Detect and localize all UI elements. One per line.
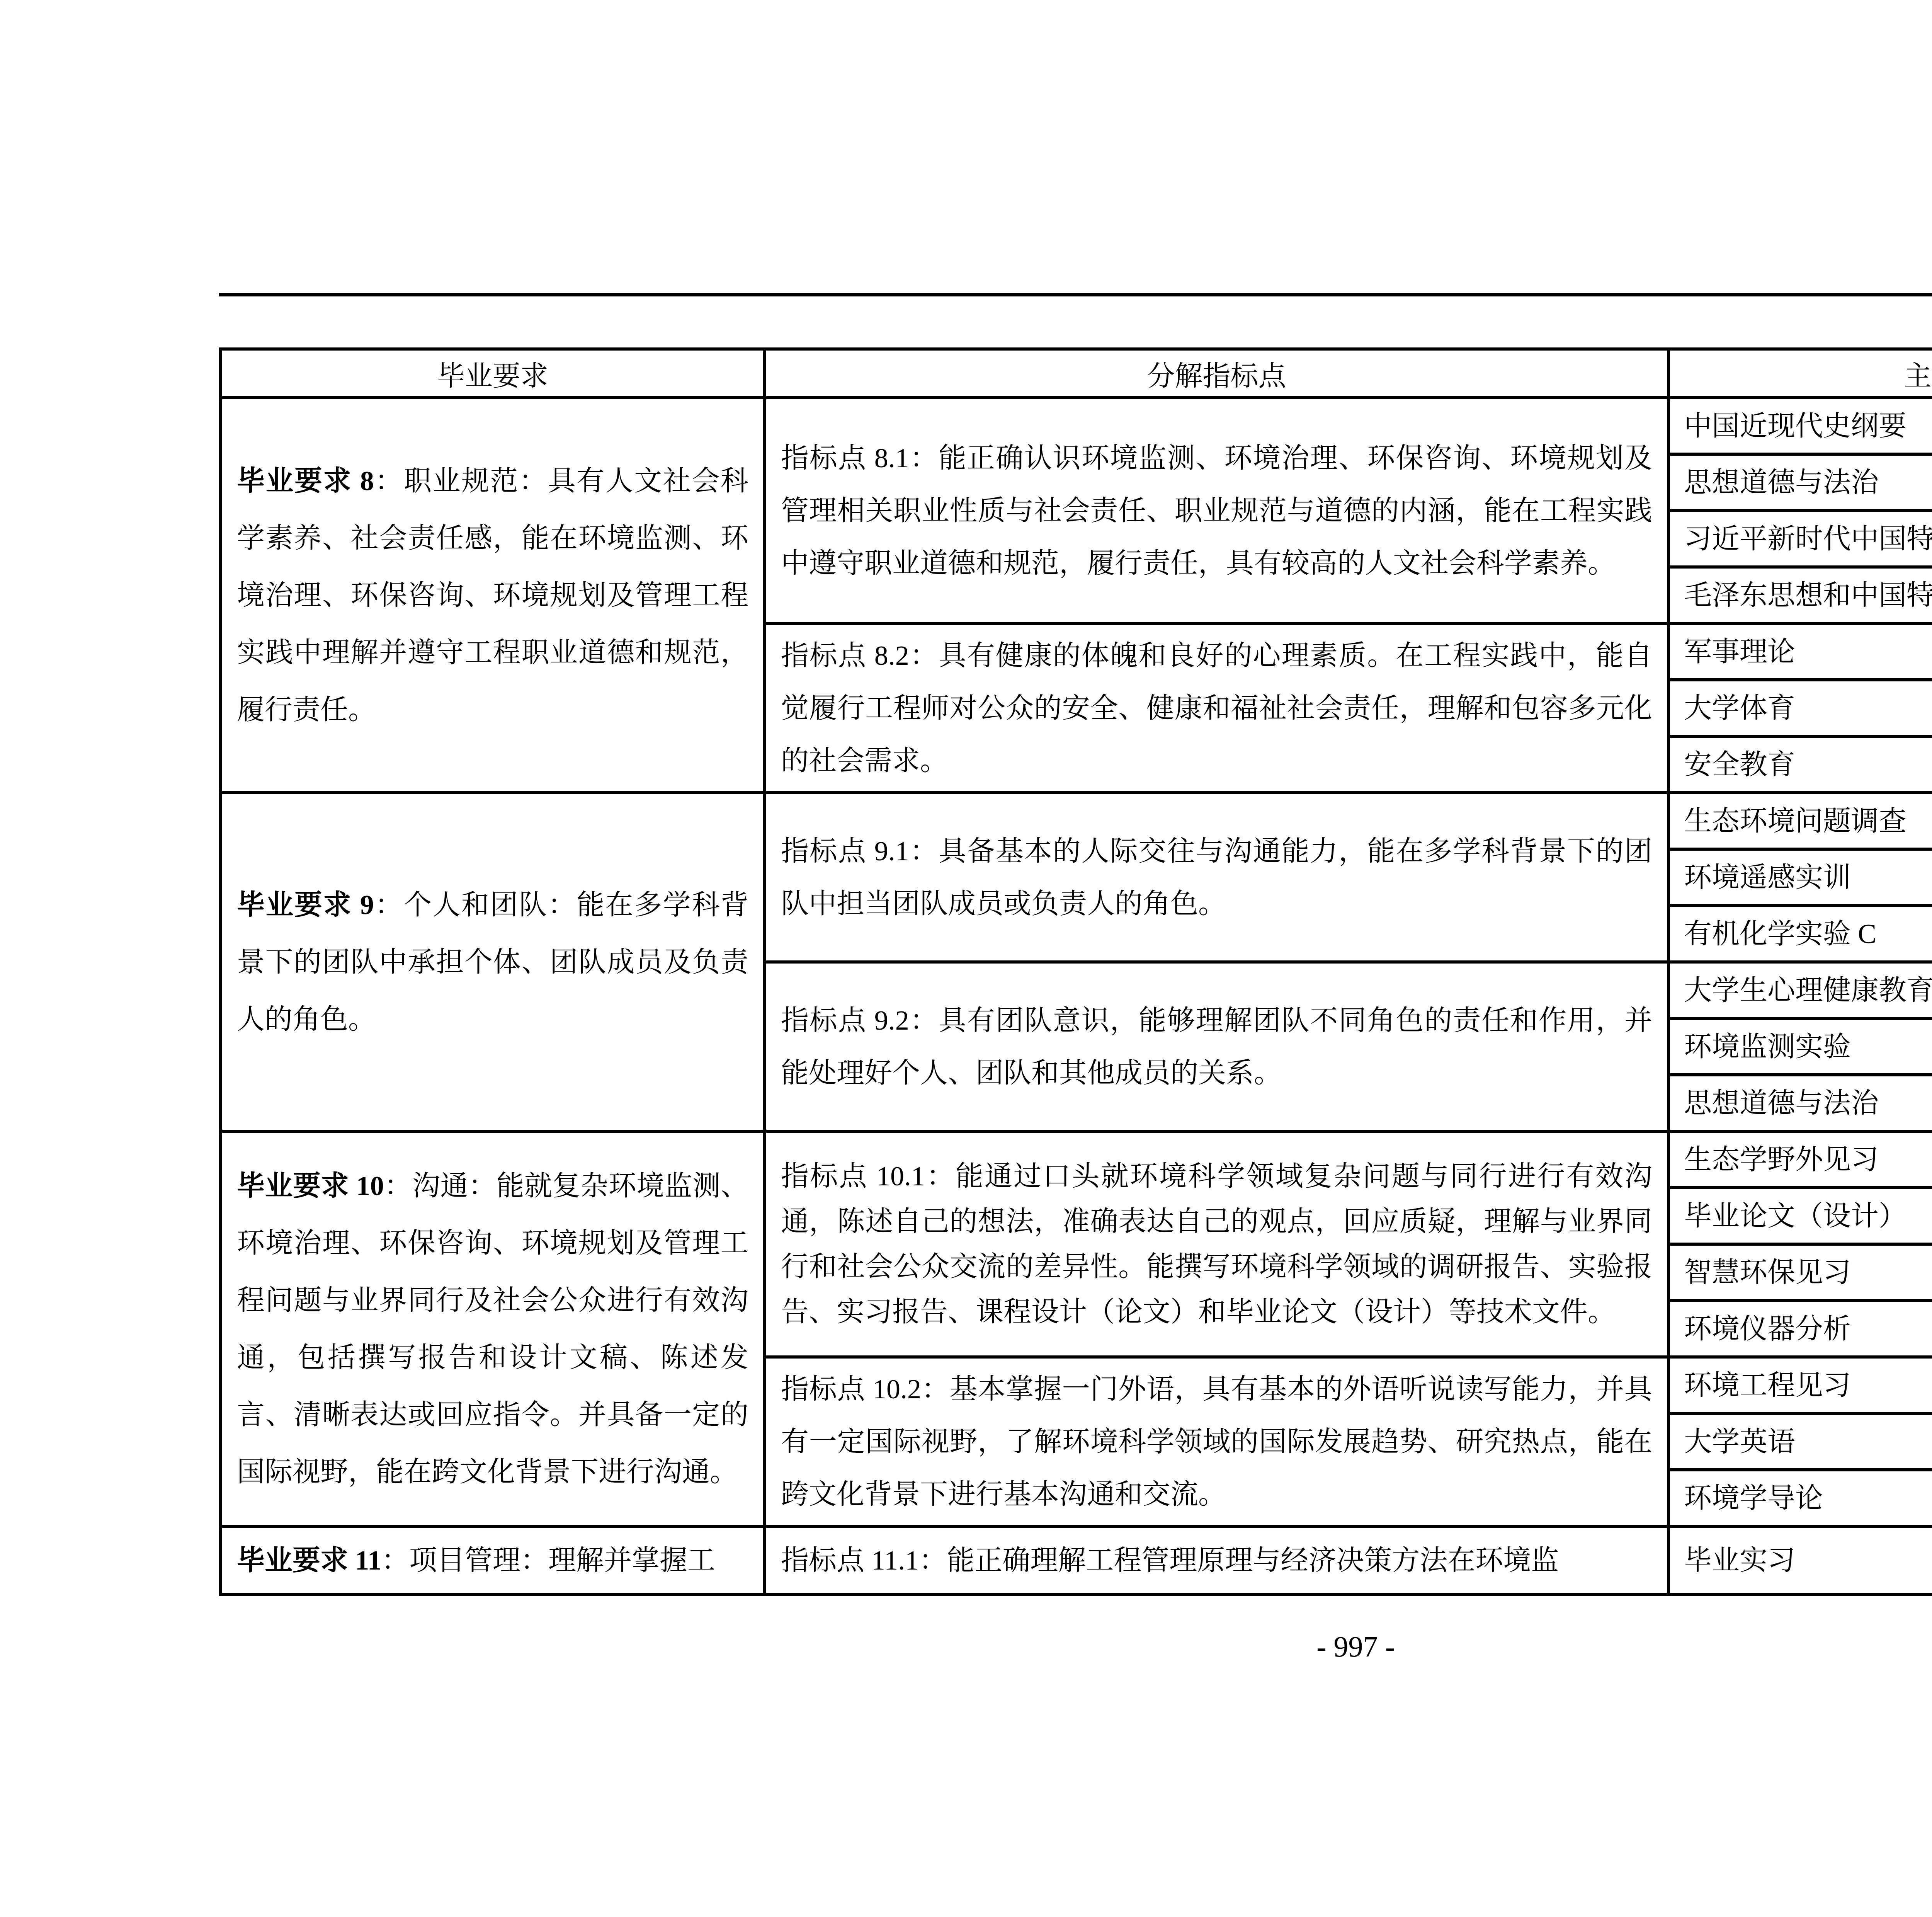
course-cell: 环境监测实验 bbox=[1668, 1018, 1932, 1075]
training-plan-table: 毕业要求 分解指标点 主要支撑课程（教学环节）名称 毕业要求 8：职业规范：具有… bbox=[219, 347, 1932, 1596]
course-cell: 生态环境问题调查 bbox=[1668, 793, 1932, 849]
requirement-label: 毕业要求 11 bbox=[237, 1545, 381, 1576]
course-cell: 思想道德与法治 bbox=[1668, 454, 1932, 511]
table-header-row: 毕业要求 分解指标点 主要支撑课程（教学环节）名称 bbox=[221, 349, 1932, 398]
requirement-text: ：项目管理：理解并掌握工 bbox=[381, 1545, 715, 1576]
course-cell: 大学体育 bbox=[1668, 680, 1932, 736]
course-cell: 智慧环保见习 bbox=[1668, 1244, 1932, 1301]
indicator-cell-9-2: 指标点 9.2：具有团队意识，能够理解团队不同角色的责任和作用，并能处理好个人、… bbox=[765, 962, 1668, 1131]
course-cell: 环境学导论 bbox=[1668, 1470, 1932, 1526]
course-cell: 毛泽东思想和中国特色社会主义理论体系概论 bbox=[1668, 567, 1932, 623]
indicator-cell-8-1: 指标点 8.1：能正确认识环境监测、环境治理、环保咨询、环境规划及管理相关职业性… bbox=[765, 398, 1668, 623]
column-header-requirement: 毕业要求 bbox=[221, 349, 765, 398]
course-cell: 中国近现代史纲要 bbox=[1668, 398, 1932, 454]
column-header-courses: 主要支撑课程（教学环节）名称 bbox=[1668, 349, 1932, 398]
indicator-cell-8-2: 指标点 8.2：具有健康的体魄和良好的心理素质。在工程实践中，能自觉履行工程师对… bbox=[765, 623, 1668, 793]
course-cell: 毕业实习 bbox=[1668, 1526, 1932, 1594]
indicator-cell-10-2: 指标点 10.2：基本掌握一门外语，具有基本的外语听说读写能力，并具有一定国际视… bbox=[765, 1357, 1668, 1526]
table-row: 毕业要求 8：职业规范：具有人文社会科学素养、社会责任感，能在环境监测、环境治理… bbox=[221, 398, 1932, 454]
indicator-cell-9-1: 指标点 9.1：具备基本的人际交往与沟通能力，能在多学科背景下的团队中担当团队成… bbox=[765, 793, 1668, 962]
requirement-text: ：职业规范：具有人文社会科学素养、社会责任感，能在环境监测、环境治理、环保咨询、… bbox=[237, 465, 748, 725]
course-cell: 安全教育 bbox=[1668, 736, 1932, 793]
course-cell: 有机化学实验 C bbox=[1668, 906, 1932, 962]
table-row: 毕业要求 10：沟通：能就复杂环境监测、环境治理、环保咨询、环境规划及管理工程问… bbox=[221, 1131, 1932, 1188]
requirement-cell-11: 毕业要求 11：项目管理：理解并掌握工 bbox=[221, 1526, 765, 1594]
table-row: 毕业要求 9：个人和团队：能在多学科背景下的团队中承担个体、团队成员及负责人的角… bbox=[221, 793, 1932, 849]
requirement-cell-9: 毕业要求 9：个人和团队：能在多学科背景下的团队中承担个体、团队成员及负责人的角… bbox=[221, 793, 765, 1131]
requirement-label: 毕业要求 8 bbox=[237, 465, 374, 496]
course-cell: 思想道德与法治 bbox=[1668, 1075, 1932, 1131]
page-number: - 997 - bbox=[0, 1630, 1932, 1664]
course-cell: 大学生心理健康教育 bbox=[1668, 962, 1932, 1018]
table-row: 毕业要求 11：项目管理：理解并掌握工 指标点 11.1：能正确理解工程管理原理… bbox=[221, 1526, 1932, 1594]
course-cell: 生态学野外见习 bbox=[1668, 1131, 1932, 1188]
document-page: { "page": { "header_title": "环境科学专业人才培养方… bbox=[0, 0, 1932, 1917]
requirement-cell-8: 毕业要求 8：职业规范：具有人文社会科学素养、社会责任感，能在环境监测、环境治理… bbox=[221, 398, 765, 793]
column-header-indicator: 分解指标点 bbox=[765, 349, 1668, 398]
indicator-cell-10-1: 指标点 10.1：能通过口头就环境科学领域复杂问题与同行进行有效沟通，陈述自己的… bbox=[765, 1131, 1668, 1357]
requirement-label: 毕业要求 9 bbox=[237, 889, 374, 920]
course-cell: 环境仪器分析 bbox=[1668, 1301, 1932, 1357]
course-cell: 习近平新时代中国特色社会主义思想概论 bbox=[1668, 511, 1932, 567]
requirement-label: 毕业要求 10 bbox=[237, 1170, 384, 1201]
indicator-cell-11-1: 指标点 11.1：能正确理解工程管理原理与经济决策方法在环境监 bbox=[765, 1526, 1668, 1594]
header-rule bbox=[219, 293, 1932, 296]
course-cell: 环境遥感实训 bbox=[1668, 849, 1932, 906]
requirement-text: ：沟通：能就复杂环境监测、环境治理、环保咨询、环境规划及管理工程问题与业界同行及… bbox=[237, 1170, 748, 1487]
course-cell: 环境工程见习 bbox=[1668, 1357, 1932, 1413]
course-cell: 军事理论 bbox=[1668, 623, 1932, 680]
course-cell: 大学英语 bbox=[1668, 1413, 1932, 1470]
requirement-cell-10: 毕业要求 10：沟通：能就复杂环境监测、环境治理、环保咨询、环境规划及管理工程问… bbox=[221, 1131, 765, 1526]
course-cell: 毕业论文（设计） bbox=[1668, 1188, 1932, 1244]
